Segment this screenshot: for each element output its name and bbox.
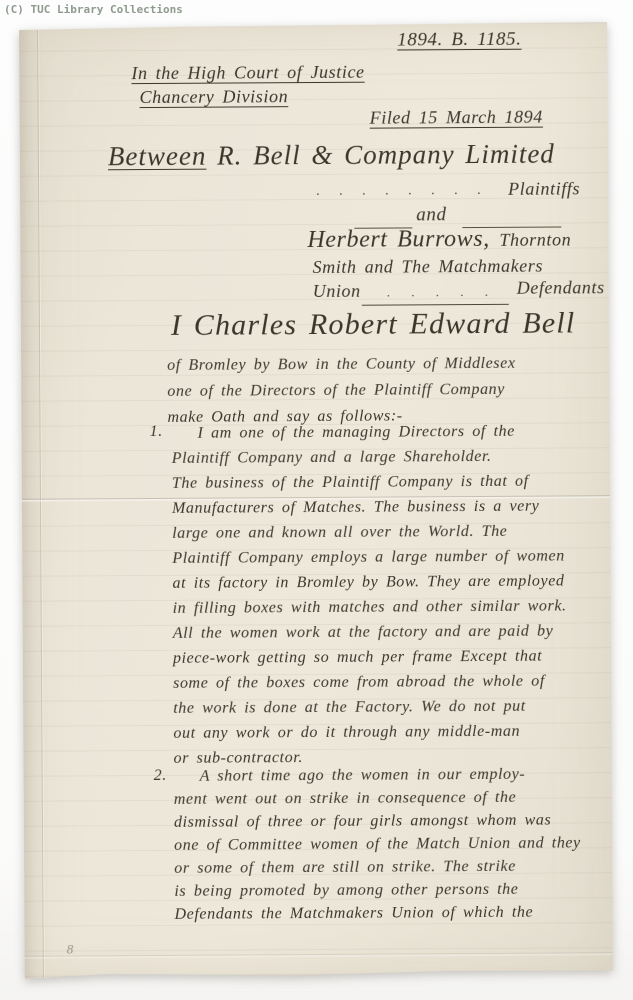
affidavit-line: Manufacturers of Matches. The business i… xyxy=(172,493,566,520)
affidavit-line: Plaintiff Company employs a large number… xyxy=(172,543,566,570)
affidavit-line: The business of the Plaintiff Company is… xyxy=(172,468,566,495)
affidavit-line: out any work or do it through any middle… xyxy=(173,718,567,745)
plaintiffs-label: Plaintiffs xyxy=(508,178,580,199)
fold-line-vertical xyxy=(37,26,45,979)
defendant-name-line2: Smith and The Matchmakers xyxy=(313,256,544,278)
section-divider xyxy=(362,304,509,306)
affidavit-line: ment went out on strike in consequence o… xyxy=(174,785,581,810)
affidavit-line: I am one of the managing Directors of th… xyxy=(172,418,566,445)
affidavit-line: some of the boxes come from abroad the w… xyxy=(173,668,567,695)
filed-date: Filed 15 March 1894 xyxy=(370,107,543,129)
affidavit-line: All the women work at the factory and ar… xyxy=(173,618,567,645)
affidavit-line: at its factory in Bromley by Bow. They a… xyxy=(172,568,566,595)
plaintiff-name: R. Bell & Company Limited xyxy=(217,139,555,171)
paragraph-1: I am one of the managing Directors of th… xyxy=(172,418,568,770)
affidavit-line: the work is done at the Factory. We do n… xyxy=(173,693,567,720)
paragraph-number: 2. xyxy=(154,767,167,785)
court-title-line1: In the High Court of Justice xyxy=(131,62,364,84)
defendant-name-thornton: Thornton xyxy=(499,229,571,249)
between-label: Between xyxy=(108,141,207,172)
paragraph-2: A short time ago the women in our employ… xyxy=(174,762,582,925)
defendants-label: Defendants xyxy=(517,277,605,299)
affidavit-line: A short time ago the women in our employ… xyxy=(174,762,581,787)
defendant-name-line1: Herbert Burrows, Thornton xyxy=(307,225,571,254)
defendant-name-main: Herbert Burrows, xyxy=(307,226,490,253)
intro-line: of Bromley by Bow in the County of Middl… xyxy=(167,351,516,379)
affidavit-line: piece-work getting so much per frame Exc… xyxy=(173,643,567,670)
paper-sheet: 1894. B. 1185. In the High Court of Just… xyxy=(19,22,613,979)
plaintiff-dotted-leader: . . . . . . . . xyxy=(316,183,481,200)
affidavit-line: large one and known all over the World. … xyxy=(172,518,566,545)
affidavit-line: one of Committee women of the Match Unio… xyxy=(174,831,581,856)
affidavit-line: in filling boxes with matches and other … xyxy=(173,593,567,620)
affidavit-line: Defendants the Matchmakers Union of whic… xyxy=(174,900,581,925)
between-row: Between R. Bell & Company Limited xyxy=(108,139,555,173)
document-page: 1894. B. 1185. In the High Court of Just… xyxy=(19,22,613,979)
case-number: 1894. B. 1185. xyxy=(397,29,521,52)
affidavit-line: Plaintiff Company and a large Shareholde… xyxy=(172,443,566,470)
copyright-watermark: (C) TUC Library Collections xyxy=(4,3,183,16)
and-connector: and xyxy=(416,204,446,226)
paragraph-number: 1. xyxy=(150,423,163,441)
affidavit-line: is being promoted by among other persons… xyxy=(174,877,581,902)
defendant-dotted-leader: . . . . . xyxy=(387,284,488,301)
court-title-line2: Chancery Division xyxy=(139,86,288,108)
affidavit-line: or some of them are still on strike. The… xyxy=(174,854,581,879)
deponent-heading: I Charles Robert Edward Bell xyxy=(171,306,576,342)
intro-line: one of the Directors of the Plaintiff Co… xyxy=(167,377,516,405)
page-mark: 8 xyxy=(67,941,74,957)
affidavit-line: dismissal of three or four girls amongst… xyxy=(174,808,581,833)
defendant-union-label: Union xyxy=(313,281,361,302)
fold-line-horizontal-bottom xyxy=(25,952,613,959)
